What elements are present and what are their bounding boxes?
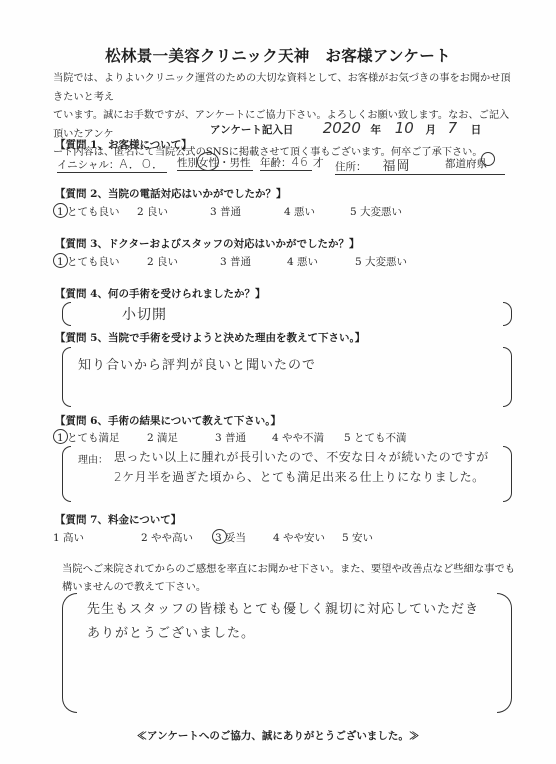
age-label: 年齢： [260,157,292,169]
initial-label: イニシャル： [57,159,119,171]
right-bracket [503,302,512,326]
prompt-line: 当院へご来院されてからのご感想を率直にお聞かせ下さい。また、要望や改善点など些細… [62,560,515,578]
q2-options: 1 とても良い 2 良い 3 普通 4 悪い 5 大変悪い [57,204,517,220]
q4-heading: 【質問 4、何の手術を受けられましたか？】 [55,286,265,301]
age-unit: 才 [313,155,324,170]
q3-heading: 【質問 3、ドクターおよびスタッフの対応はいかがでしたか？】 [55,236,360,251]
comments-answer-box[interactable]: 先生もスタッフの皆様もとても優しく親切に対応していただき ありがとうございました… [62,593,512,713]
date-month-field[interactable]: 10 [395,119,414,137]
left-bracket [62,593,77,713]
reason-line: 2ケ月半を過ぎた頃から、とても満足出来る仕上りになりました。 [114,468,485,485]
q7-option-4[interactable]: 4 やや安い [273,530,325,545]
reason-label: 理由： [78,451,108,466]
day-unit: 日 [471,124,482,136]
left-bracket [62,446,71,502]
q6-option-2[interactable]: 2 満足 [147,430,178,445]
q2-heading: 【質問 2、当院の電話対応はいかがでしたか？】 [55,186,286,201]
comments-prompt: 当院へご来院されてからのご感想を率直にお聞かせ下さい。また、要望や改善点など些細… [62,560,515,596]
q2-selected-circle [53,203,68,218]
right-bracket [503,347,512,407]
q6-heading: 【質問 6、手術の結果について教えて下さい。】 [55,413,281,428]
q4-answer-box[interactable]: 小切開 [62,302,512,326]
q7-options: 1 高い 2 やや高い 3 妥当 4 やや安い 5 安い [53,530,513,546]
reason-line: 思ったい以上に腫れが長引いたので、不安な日々が続いたのですが [114,448,489,465]
q6-option-4[interactable]: 4 やや不満 [272,430,324,445]
q7-option-2[interactable]: 2 やや高い [141,530,193,545]
gender-separator: ・ [219,157,230,169]
q2-option-2[interactable]: 2 良い [137,204,168,219]
right-bracket [503,446,512,502]
left-bracket [62,347,71,407]
q1-heading: 【質問 1、お客様について】 [55,137,192,152]
q6-selected-circle [53,429,68,444]
q3-option-2[interactable]: 2 良い [147,254,178,269]
q7-heading: 【質問 7、料金について】 [55,512,181,527]
month-unit: 月 [425,124,436,136]
q6-reason-box[interactable]: 理由： 思ったい以上に腫れが長引いたので、不安な日々が続いたのですが 2ケ月半を… [62,446,512,502]
year-unit: 年 [371,124,382,136]
intro-line: 当院では、よりよいクリニック運営のための大切な資料として、お客様がお気づきの事を… [53,70,513,107]
q6-options: 1 とても満足 2 満足 3 普通 4 やや不満 5 とても不満 [57,430,517,446]
female-selected-circle [197,152,219,171]
q2-option-5[interactable]: 5 大変悪い [350,204,402,219]
q3-option-5[interactable]: 5 大変悪い [355,254,407,269]
q3-selected-circle [53,253,68,268]
footer-thanks: ≪アンケートへのご協力、誠にありがとうございました。≫ [0,728,556,743]
survey-date-row: アンケート記入日 2020 年 10 月 7 日 [210,119,481,137]
address-label: 住所： [335,161,367,173]
address-value: 福岡 [383,159,411,174]
q7-option-5[interactable]: 5 安い [342,530,373,545]
q7-option-1[interactable]: 1 高い [53,530,84,545]
comment-line: 先生もスタッフの皆様もとても優しく親切に対応していただき [87,598,479,617]
q3-option-4[interactable]: 4 悪い [287,254,318,269]
comment-line: ありがとうございました。 [87,622,255,641]
q5-answer: 知り合いから評判が良いと聞いたので [78,354,316,373]
q6-option-5[interactable]: 5 とても不満 [344,430,407,445]
q3-option-3[interactable]: 3 普通 [220,254,251,269]
left-bracket [62,302,71,326]
gender-option-male[interactable]: 男性 [230,157,251,169]
page-title: 松林景一美容クリニック天神 お客様アンケート [0,44,556,66]
date-year-field[interactable]: 2020 [323,119,361,137]
prefecture-selected-circle [481,152,495,166]
q4-answer: 小切開 [122,304,167,324]
age-field[interactable]: 年齢：46 [260,155,312,171]
q2-option-4[interactable]: 4 悪い [284,204,315,219]
q7-selected-circle [212,529,227,544]
initial-field[interactable]: イニシャル：A．O． [57,155,167,173]
date-day-field[interactable]: 7 [448,119,458,137]
right-bracket [497,593,512,713]
date-label: アンケート記入日 [210,124,293,136]
initial-value: A．O． [119,157,165,171]
q5-heading: 【質問 5、当院で手術を受けようと決めた理由を教えて下さい。】 [55,330,365,345]
age-value: 46 [292,155,309,169]
q2-option-3[interactable]: 3 普通 [210,204,241,219]
q3-options: 1 とても良い 2 良い 3 普通 4 悪い 5 大変悪い [57,254,517,270]
q5-answer-box[interactable]: 知り合いから評判が良いと聞いたので [62,347,512,407]
q6-option-3[interactable]: 3 普通 [215,430,246,445]
gender-label: 性別 [177,157,198,169]
